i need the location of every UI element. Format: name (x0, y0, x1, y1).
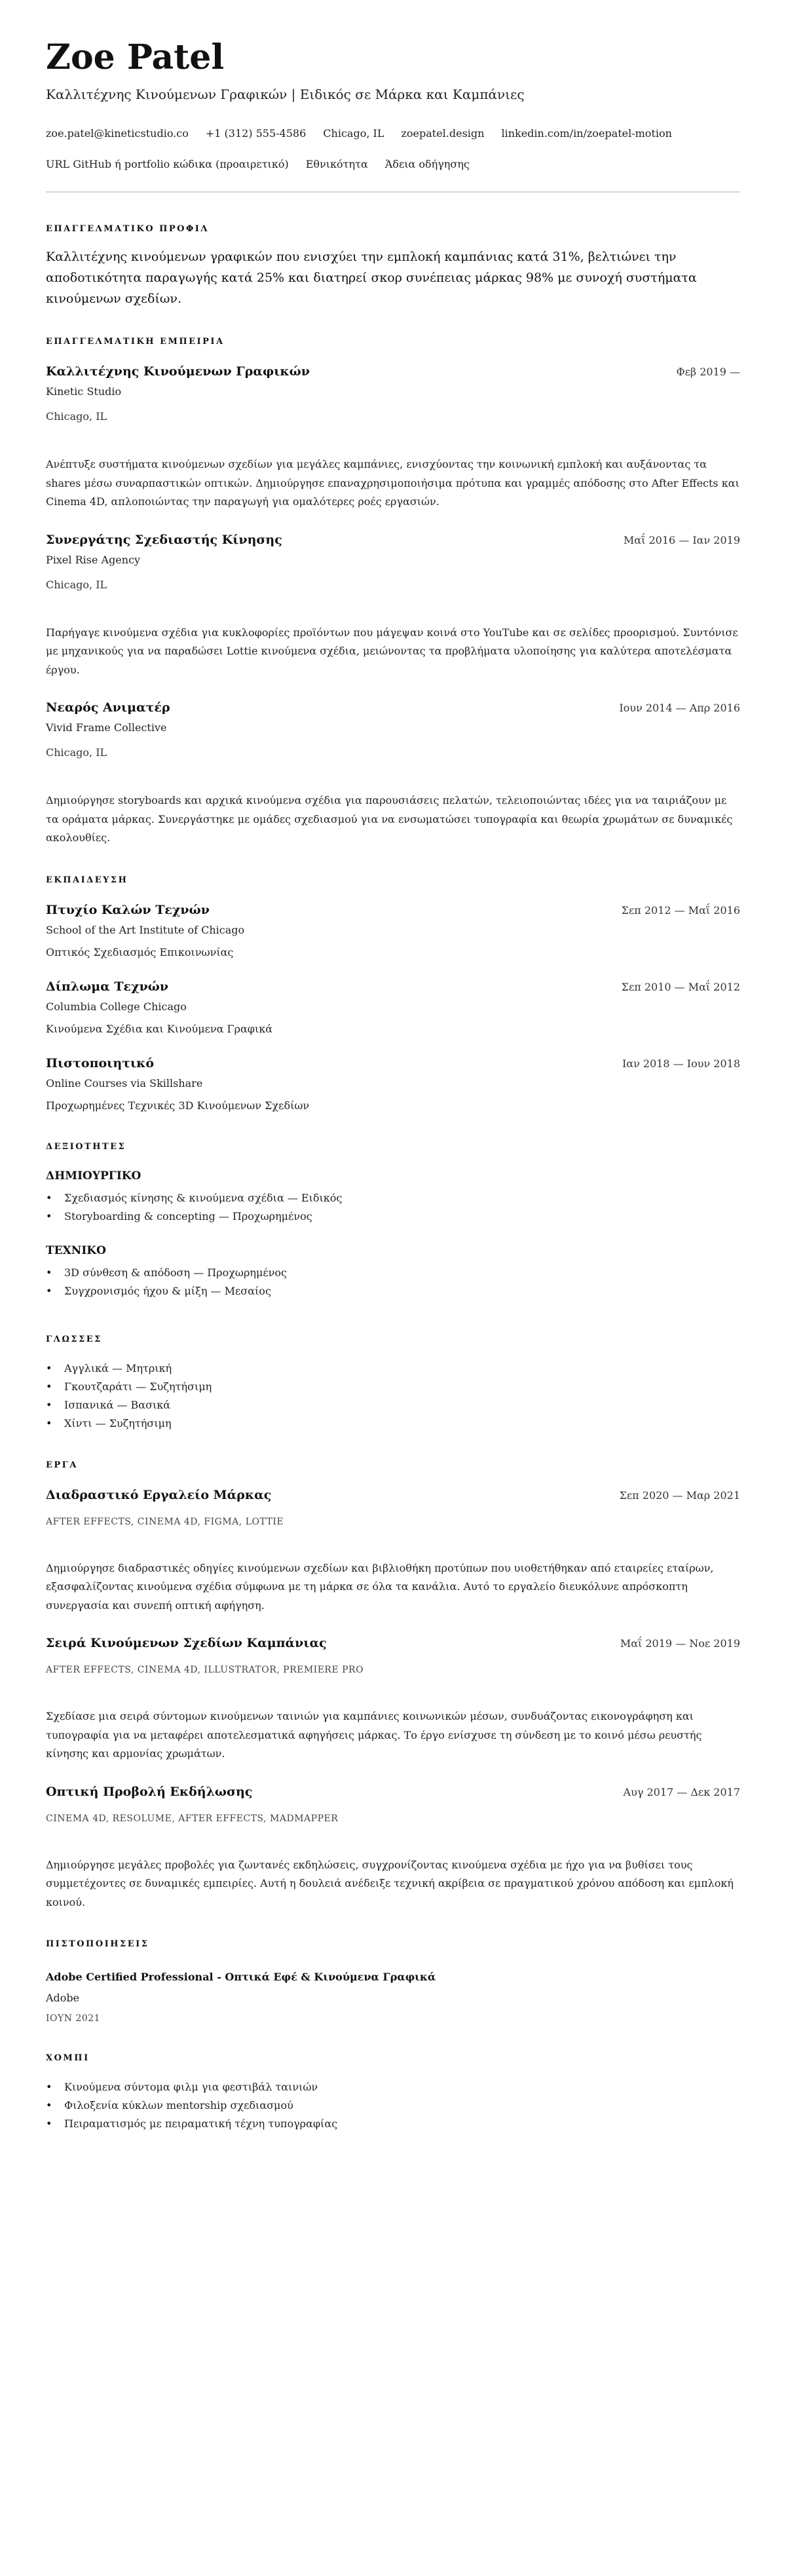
languages-list: Αγγλικά — ΜητρικήΓκουτζαράτι — Συζητήσιμ… (46, 1359, 740, 1433)
school-name: Online Courses via Skillshare (46, 1075, 740, 1092)
certifications-list: Adobe Certified Professional - Οπτικά Εφ… (46, 1969, 740, 2026)
job-description: Ανέπτυξε συστήματα κινούμενων σχεδίων γι… (46, 455, 740, 512)
section-title-skills: ΔΕΞΙΟΤΗΤΕΣ (46, 1141, 740, 1154)
project-item: Διαδραστικό Εργαλείο ΜάρκαςΣεπ 2020 — Μα… (46, 1487, 740, 1616)
profile-summary: Καλλιτέχνης κινούμενων γραφικών που ενισ… (46, 246, 740, 309)
contact-website[interactable]: zoepatel.design (401, 118, 484, 149)
experience-item-header: Νεαρός ΑνιματέρΙουν 2014 — Απρ 2016 (46, 699, 740, 717)
education-list: Πτυχίο Καλών ΤεχνώνΣεπ 2012 — Μαΐ 2016Sc… (46, 901, 740, 1114)
education-item: Δίπλωμα ΤεχνώνΣεπ 2010 — Μαΐ 2012Columbi… (46, 978, 740, 1038)
skill-list: 3D σύνθεση & απόδοση — ΠροχωρημένοςΣυγχρ… (46, 1264, 740, 1300)
section-title-profile: ΕΠΑΓΓΕΛΜΑΤΙΚΟ ΠΡΟΦΙΛ (46, 223, 740, 236)
experience-item: Νεαρός ΑνιματέρΙουν 2014 — Απρ 2016Vivid… (46, 699, 740, 848)
project-item-header: Σειρά Κινούμενων Σχεδίων ΚαμπάνιαςΜαΐ 20… (46, 1635, 740, 1652)
project-tech-stack: AFTER EFFECTS, CINEMA 4D, FIGMA, LOTTIE (46, 1515, 740, 1529)
field-of-study: Κινούμενα Σχέδια και Κινούμενα Γραφικά (46, 1021, 740, 1038)
job-location: Chicago, IL (46, 408, 740, 425)
company-name: Pixel Rise Agency (46, 552, 740, 569)
job-dates: Ιουν 2014 — Απρ 2016 (619, 700, 740, 717)
education-item: Πτυχίο Καλών ΤεχνώνΣεπ 2012 — Μαΐ 2016Sc… (46, 901, 740, 961)
project-dates: Σεπ 2020 — Μαρ 2021 (620, 1487, 741, 1504)
job-dates: Μαΐ 2016 — Ιαν 2019 (624, 532, 740, 549)
job-location: Chicago, IL (46, 577, 740, 594)
project-name: Σειρά Κινούμενων Σχεδίων Καμπάνιας (46, 1635, 327, 1652)
project-description: Δημιούργησε διαδραστικές οδηγίες κινούμε… (46, 1559, 740, 1616)
job-location: Chicago, IL (46, 744, 740, 761)
education-item: ΠιστοποιητικόΙαν 2018 — Ιουν 2018Online … (46, 1055, 740, 1114)
hobby-item: Φιλοξενία κύκλων mentorship σχεδιασμού (46, 2096, 740, 2115)
language-item: Ισπανικά — Βασικά (46, 1396, 740, 1414)
certifications-section: ΠΙΣΤΟΠΟΙΗΣΕΙΣ Adobe Certified Profession… (46, 1938, 740, 2026)
project-tech-stack: CINEMA 4D, RESOLUME, AFTER EFFECTS, MADM… (46, 1811, 740, 1826)
education-item-header: Δίπλωμα ΤεχνώνΣεπ 2010 — Μαΐ 2012 (46, 978, 740, 996)
skill-item: 3D σύνθεση & απόδοση — Προχωρημένος (46, 1264, 740, 1282)
skill-group-title: ΔΗΜΙΟΥΡΓΙΚΟ (46, 1168, 740, 1184)
section-title-education: ΕΚΠΑΙΔΕΥΣΗ (46, 874, 740, 887)
project-dates: Μαΐ 2019 — Νοε 2019 (620, 1635, 740, 1652)
school-name: School of the Art Institute of Chicago (46, 922, 740, 939)
projects-list: Διαδραστικό Εργαλείο ΜάρκαςΣεπ 2020 — Μα… (46, 1487, 740, 1912)
section-title-languages: ΓΛΩΣΣΕΣ (46, 1333, 740, 1346)
education-dates: Σεπ 2010 — Μαΐ 2012 (622, 979, 740, 996)
contact-email[interactable]: zoe.patel@kineticstudio.co (46, 118, 189, 149)
resume-page: Zoe Patel Καλλιτέχνης Κινούμενων Γραφικώ… (0, 0, 786, 2172)
candidate-name: Zoe Patel (46, 37, 740, 79)
project-item-header: Οπτική Προβολή ΕκδήλωσηςΑυγ 2017 — Δεκ 2… (46, 1783, 740, 1801)
contact-list: zoe.patel@kineticstudio.co +1 (312) 555-… (46, 118, 740, 180)
section-title-hobbies: ΧΟΜΠΙ (46, 2052, 740, 2065)
candidate-headline: Καλλιτέχνης Κινούμενων Γραφικών | Ειδικό… (46, 85, 740, 104)
project-item: Οπτική Προβολή ΕκδήλωσηςΑυγ 2017 — Δεκ 2… (46, 1783, 740, 1912)
education-item-header: Πτυχίο Καλών ΤεχνώνΣεπ 2012 — Μαΐ 2016 (46, 901, 740, 919)
job-dates: Φεβ 2019 — (676, 364, 740, 381)
project-item: Σειρά Κινούμενων Σχεδίων ΚαμπάνιαςΜαΐ 20… (46, 1635, 740, 1764)
header-divider (46, 191, 740, 193)
contact-linkedin[interactable]: linkedin.com/in/zoepatel-motion (501, 118, 671, 149)
project-name: Οπτική Προβολή Εκδήλωσης (46, 1783, 252, 1800)
certification-item: Adobe Certified Professional - Οπτικά Εφ… (46, 1969, 740, 2026)
company-name: Kinetic Studio (46, 383, 740, 400)
project-dates: Αυγ 2017 — Δεκ 2017 (624, 1784, 740, 1801)
contact-location: Chicago, IL (323, 118, 384, 149)
language-item: Γκουτζαράτι — Συζητήσιμη (46, 1378, 740, 1396)
projects-section: ΕΡΓΑ Διαδραστικό Εργαλείο ΜάρκαςΣεπ 2020… (46, 1459, 740, 1912)
skills-groups: ΔΗΜΙΟΥΡΓΙΚΟΣχεδιασμός κίνησης & κινούμεν… (46, 1168, 740, 1300)
project-name: Διαδραστικό Εργαλείο Μάρκας (46, 1487, 271, 1504)
contact-github[interactable]: URL GitHub ή portfolio κώδικα (προαιρετι… (46, 149, 289, 180)
profile-section: ΕΠΑΓΓΕΛΜΑΤΙΚΟ ΠΡΟΦΙΛ Καλλιτέχνης κινούμε… (46, 223, 740, 309)
job-description: Παρήγαγε κινούμενα σχέδια για κυκλοφορίε… (46, 624, 740, 680)
skill-item: Storyboarding & concepting — Προχωρημένο… (46, 1207, 740, 1226)
project-description: Δημιούργησε μεγάλες προβολές για ζωντανέ… (46, 1856, 740, 1912)
job-title: Συνεργάτης Σχεδιαστής Κίνησης (46, 531, 282, 548)
project-description: Σχεδίασε μια σειρά σύντομων κινούμενων τ… (46, 1707, 740, 1764)
degree-title: Δίπλωμα Τεχνών (46, 978, 168, 995)
experience-section: ΕΠΑΓΓΕΛΜΑΤΙΚΗ ΕΜΠΕΙΡΙΑ Καλλιτέχνης Κινού… (46, 335, 740, 848)
education-dates: Σεπ 2012 — Μαΐ 2016 (622, 902, 740, 919)
school-name: Columbia College Chicago (46, 998, 740, 1015)
field-of-study: Οπτικός Σχεδιασμός Επικοινωνίας (46, 944, 740, 961)
education-dates: Ιαν 2018 — Ιουν 2018 (622, 1055, 740, 1072)
language-item: Αγγλικά — Μητρική (46, 1359, 740, 1378)
resume-header: Zoe Patel Καλλιτέχνης Κινούμενων Γραφικώ… (46, 37, 740, 193)
skill-group-title: ΤΕΧΝΙΚΟ (46, 1243, 740, 1259)
experience-item-header: Συνεργάτης Σχεδιαστής ΚίνησηςΜαΐ 2016 — … (46, 531, 740, 549)
contact-nationality: Εθνικότητα (306, 149, 368, 180)
section-title-experience: ΕΠΑΓΓΕΛΜΑΤΙΚΗ ΕΜΠΕΙΡΙΑ (46, 335, 740, 349)
degree-title: Πιστοποιητικό (46, 1055, 154, 1072)
project-tech-stack: AFTER EFFECTS, CINEMA 4D, ILLUSTRATOR, P… (46, 1663, 740, 1677)
contact-driving-license: Άδεια οδήγησης (385, 149, 470, 180)
job-title: Νεαρός Ανιματέρ (46, 699, 170, 716)
job-title: Καλλιτέχνης Κινούμενων Γραφικών (46, 363, 310, 380)
education-section: ΕΚΠΑΙΔΕΥΣΗ Πτυχίο Καλών ΤεχνώνΣεπ 2012 —… (46, 874, 740, 1114)
project-item-header: Διαδραστικό Εργαλείο ΜάρκαςΣεπ 2020 — Μα… (46, 1487, 740, 1504)
skills-section: ΔΕΞΙΟΤΗΤΕΣ ΔΗΜΙΟΥΡΓΙΚΟΣχεδιασμός κίνησης… (46, 1141, 740, 1300)
certification-name: Adobe Certified Professional - Οπτικά Εφ… (46, 1969, 740, 1985)
hobby-item: Κινούμενα σύντομα φιλμ για φεστιβάλ ταιν… (46, 2078, 740, 2096)
experience-item: Συνεργάτης Σχεδιαστής ΚίνησηςΜαΐ 2016 — … (46, 531, 740, 680)
job-description: Δημιούργησε storyboards και αρχικά κινού… (46, 791, 740, 848)
contact-phone[interactable]: +1 (312) 555-4586 (206, 118, 306, 149)
degree-title: Πτυχίο Καλών Τεχνών (46, 901, 210, 919)
hobbies-list: Κινούμενα σύντομα φιλμ για φεστιβάλ ταιν… (46, 2078, 740, 2133)
hobby-item: Πειραματισμός με πειραματική τέχνη τυπογ… (46, 2115, 740, 2133)
certification-issuer: Adobe (46, 1990, 740, 2006)
certification-date: ΙΟΥΝ 2021 (46, 2011, 740, 2026)
hobbies-section: ΧΟΜΠΙ Κινούμενα σύντομα φιλμ για φεστιβά… (46, 2052, 740, 2133)
experience-list: Καλλιτέχνης Κινούμενων ΓραφικώνΦεβ 2019 … (46, 363, 740, 848)
language-item: Χίντι — Συζητήσιμη (46, 1414, 740, 1433)
education-item-header: ΠιστοποιητικόΙαν 2018 — Ιουν 2018 (46, 1055, 740, 1072)
skill-item: Συγχρονισμός ήχου & μίξη — Μεσαίος (46, 1282, 740, 1300)
section-title-projects: ΕΡΓΑ (46, 1459, 740, 1472)
experience-item-header: Καλλιτέχνης Κινούμενων ΓραφικώνΦεβ 2019 … (46, 363, 740, 381)
experience-item: Καλλιτέχνης Κινούμενων ΓραφικώνΦεβ 2019 … (46, 363, 740, 512)
company-name: Vivid Frame Collective (46, 719, 740, 736)
languages-section: ΓΛΩΣΣΕΣ Αγγλικά — ΜητρικήΓκουτζαράτι — Σ… (46, 1333, 740, 1433)
skill-list: Σχεδιασμός κίνησης & κινούμενα σχέδια — … (46, 1189, 740, 1226)
section-title-certifications: ΠΙΣΤΟΠΟΙΗΣΕΙΣ (46, 1938, 740, 1951)
field-of-study: Προχωρημένες Τεχνικές 3D Κινούμενων Σχεδ… (46, 1097, 740, 1114)
skill-item: Σχεδιασμός κίνησης & κινούμενα σχέδια — … (46, 1189, 740, 1207)
